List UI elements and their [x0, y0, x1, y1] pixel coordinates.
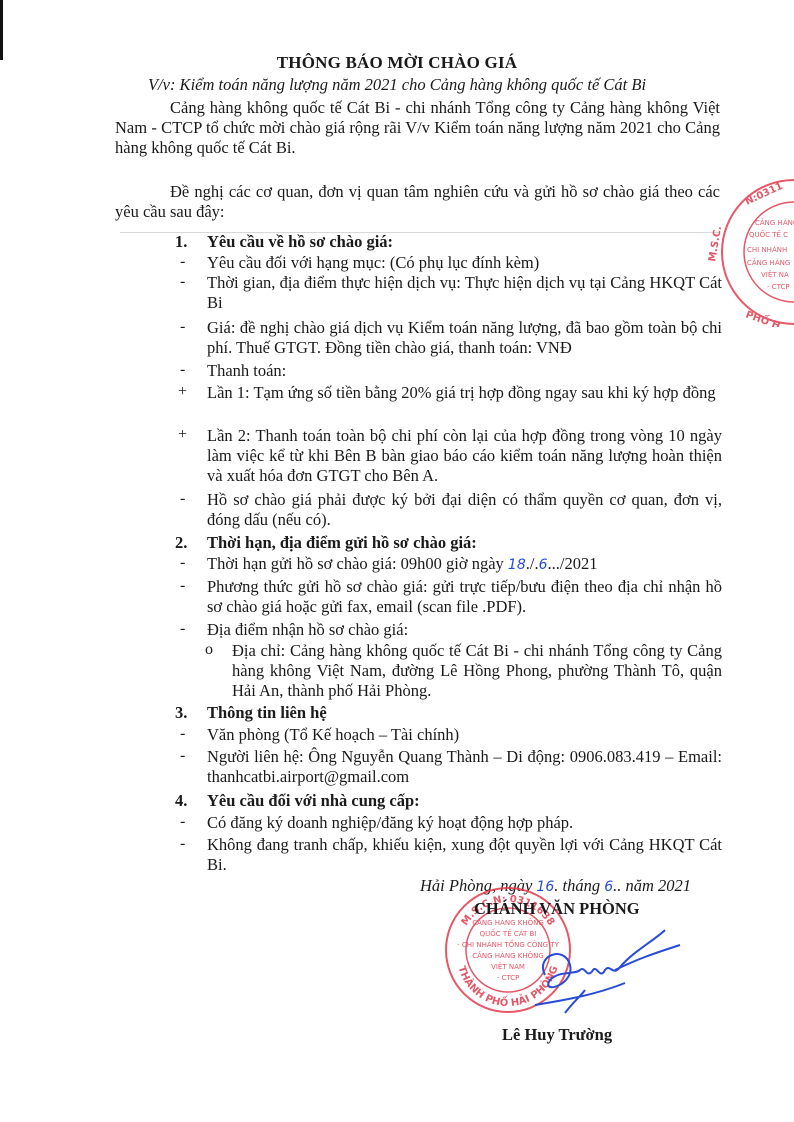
bullet-marker: -	[180, 813, 185, 831]
bullet-marker: -	[180, 835, 185, 853]
list-item: Yêu cầu đối với hạng mục: (Có phụ lục đí…	[207, 253, 722, 273]
svg-text:VIỆT NA: VIỆT NA	[761, 270, 789, 279]
svg-text:- CTCP: - CTCP	[497, 974, 520, 982]
circle-marker: o	[205, 641, 213, 659]
partial-seal-stamp: N:0311 M.S.C. CẢNG HÀNG QUỐC TẾ C CHI NH…	[707, 177, 794, 327]
svg-text:CẢNG HÀNG: CẢNG HÀNG	[755, 218, 794, 227]
list-item: Hồ sơ chào giá phải được ký bởi đại diện…	[207, 490, 722, 530]
bullet-marker: -	[180, 577, 185, 595]
intro-paragraph-2: Đề nghị các cơ quan, đơn vị quan tâm ngh…	[115, 182, 720, 222]
svg-text:CHI NHÁNH: CHI NHÁNH	[747, 245, 787, 254]
bullet-marker: -	[180, 253, 185, 271]
svg-text:VIỆT NAM: VIỆT NAM	[491, 962, 525, 971]
list-item: Lần 1: Tạm ứng số tiền bằng 20% giá trị …	[207, 383, 722, 403]
list-item: Thời gian, địa điểm thực hiện dịch vụ: T…	[207, 273, 722, 313]
bullet-marker: -	[180, 554, 185, 572]
list-item: Địa chỉ: Cảng hàng không quốc tế Cát Bi …	[232, 641, 722, 701]
section-4-heading: Yêu cầu đối với nhà cung cấp:	[207, 791, 420, 811]
handwritten-sign-month: 6	[604, 879, 613, 895]
handwritten-month: 6	[539, 557, 548, 573]
list-item: Lần 2: Thanh toán toàn bộ chi phí còn lạ…	[207, 426, 722, 486]
svg-text:CẢNG HÀNG: CẢNG HÀNG	[747, 258, 790, 267]
plus-marker: +	[178, 426, 187, 444]
section-3-number: 3.	[175, 703, 187, 723]
handwritten-signature	[525, 925, 685, 1015]
bullet-marker: -	[180, 620, 185, 638]
document-subtitle: V/v: Kiểm toán năng lượng năm 2021 cho C…	[0, 75, 794, 95]
document-title: THÔNG BÁO MỜI CHÀO GIÁ	[0, 53, 794, 73]
section-3-heading: Thông tin liên hệ	[207, 703, 327, 723]
bullet-marker: -	[180, 490, 185, 508]
intro-paragraph-1: Cảng hàng không quốc tế Cát Bi - chi nhá…	[115, 98, 720, 158]
list-item: Thanh toán:	[207, 361, 722, 381]
bullet-marker: -	[180, 725, 185, 743]
list-item: Người liên hệ: Ông Nguyễn Quang Thành – …	[207, 747, 722, 787]
svg-text:QUỐC TẾ C: QUỐC TẾ C	[749, 229, 788, 239]
list-item: Phương thức gửi hồ sơ chào giá: gửi trực…	[207, 577, 722, 617]
document-page: THÔNG BÁO MỜI CHÀO GIÁ V/v: Kiểm toán nă…	[0, 0, 794, 1122]
bullet-marker: -	[180, 361, 185, 379]
section-1-number: 1.	[175, 232, 187, 252]
list-item: Địa điểm nhận hồ sơ chào giá:	[207, 620, 722, 640]
plus-marker: +	[178, 383, 187, 401]
signatory-name: Lê Huy Trường	[502, 1025, 612, 1045]
section-1-heading: Yêu cầu về hồ sơ chào giá:	[207, 232, 393, 252]
list-item: Giá: đề nghị chào giá dịch vụ Kiểm toán …	[207, 318, 722, 358]
section-2-heading: Thời hạn, địa điểm gửi hồ sơ chào giá:	[207, 533, 477, 553]
signatory-position: CHÁNH VĂN PHÒNG	[474, 899, 640, 919]
deadline-line: Thời hạn gửi hồ sơ chào giá: 09h00 giờ n…	[207, 554, 722, 575]
list-item: Có đăng ký doanh nghiệp/đăng ký hoạt độn…	[207, 813, 722, 833]
list-item: Văn phòng (Tổ Kế hoạch – Tài chính)	[207, 725, 722, 745]
scan-edge	[0, 0, 3, 60]
bullet-marker: -	[180, 273, 185, 291]
section-4-number: 4.	[175, 791, 187, 811]
list-item: Không đang tranh chấp, khiếu kiện, xung …	[207, 835, 722, 875]
handwritten-day: 18	[508, 557, 526, 573]
bullet-marker: -	[180, 747, 185, 765]
section-2-number: 2.	[175, 533, 187, 553]
bullet-marker: -	[180, 318, 185, 336]
svg-text:- CTCP: - CTCP	[767, 283, 790, 291]
